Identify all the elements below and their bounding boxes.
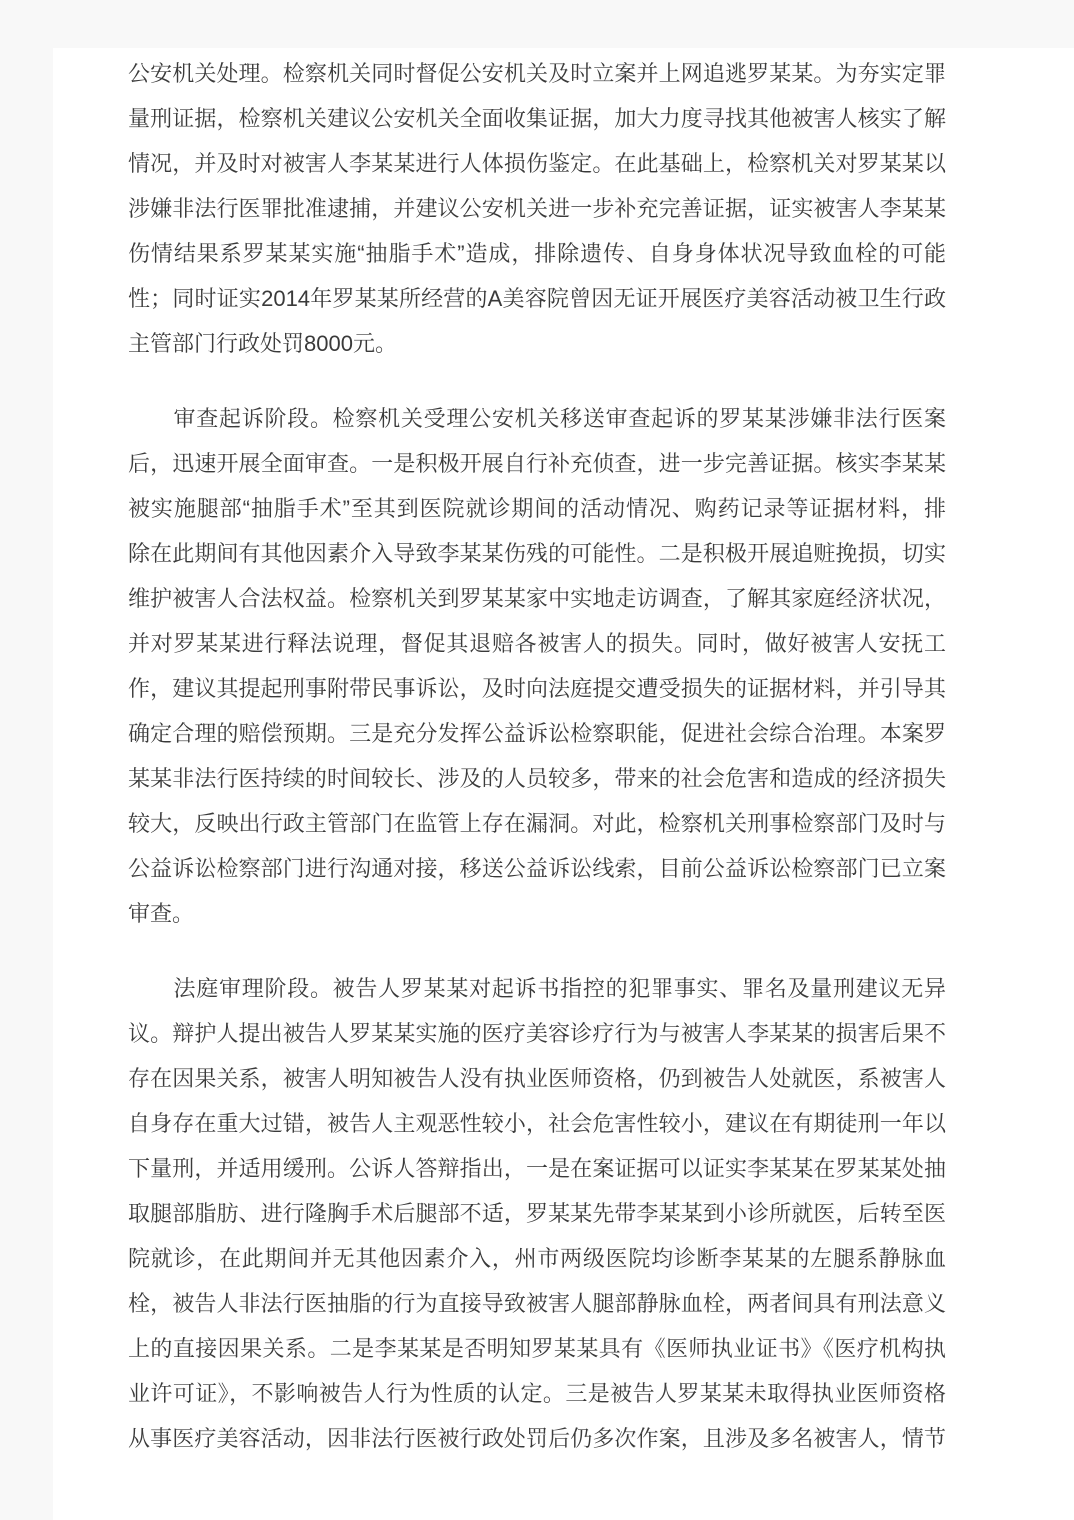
text-line: 除在此期间有其他因素介入导致李某某伤残的可能性。二是积极开展追赃挽损，切实	[128, 531, 946, 576]
text-line: 院就诊，在此期间并无其他因素介入，州市两级医院均诊断李某某的左腿系静脉血	[128, 1236, 946, 1281]
text-line: 作，建议其提起刑事附带民事诉讼，及时向法庭提交遭受损失的证据材料，并引导其	[128, 666, 946, 711]
text-line: 性；同时证实2014年罗某某所经营的A美容院曾因无证开展医疗美容活动被卫生行政	[128, 276, 946, 321]
text-line: 业许可证》，不影响被告人行为性质的认定。三是被告人罗某某未取得执业医师资格	[128, 1371, 946, 1416]
text-line: 主管部门行政处罚8000元。	[128, 321, 946, 366]
text-line: 并对罗某某进行释法说理，督促其退赔各被害人的损失。同时，做好被害人安抚工	[128, 621, 946, 666]
text-line: 某某非法行医持续的时间较长、涉及的人员较多，带来的社会危害和造成的经济损失	[128, 756, 946, 801]
text-line: 上的直接因果关系。二是李某某是否明知罗某某具有《医师执业证书》《医疗机构执	[128, 1326, 946, 1371]
text-line: 审查起诉阶段。检察机关受理公安机关移送审查起诉的罗某某涉嫌非法行医案	[128, 396, 946, 441]
text-line: 公益诉讼检察部门进行沟通对接，移送公益诉讼线索，目前公益诉讼检察部门已立案	[128, 846, 946, 891]
text-line: 确定合理的赔偿预期。三是充分发挥公益诉讼检察职能，促进社会综合治理。本案罗	[128, 711, 946, 756]
text-line: 从事医疗美容活动，因非法行医被行政处罚后仍多次作案，且涉及多名被害人，情节	[128, 1416, 946, 1461]
text-line: 涉嫌非法行医罪批准逮捕，并建议公安机关进一步补充完善证据，证实被害人李某某	[128, 186, 946, 231]
paragraph: 法庭审理阶段。被告人罗某某对起诉书指控的犯罪事实、罪名及量刑建议无异议。辩护人提…	[128, 966, 946, 1461]
text-line: 法庭审理阶段。被告人罗某某对起诉书指控的犯罪事实、罪名及量刑建议无异	[128, 966, 946, 1011]
text-line: 较大，反映出行政主管部门在监管上存在漏洞。对此，检察机关刑事检察部门及时与	[128, 801, 946, 846]
text-line: 后，迅速开展全面审查。一是积极开展自行补充侦查，进一步完善证据。核实李某某	[128, 441, 946, 486]
text-line: 审查。	[128, 891, 946, 936]
text-line: 被实施腿部“抽脂手术”至其到医院就诊期间的活动情况、购药记录等证据材料，排	[128, 486, 946, 531]
document-page: 公安机关处理。检察机关同时督促公安机关及时立案并上网追逃罗某某。为夯实定罪量刑证…	[53, 48, 1074, 1520]
text-line: 量刑证据，检察机关建议公安机关全面收集证据，加大力度寻找其他被害人核实了解	[128, 96, 946, 141]
text-line: 存在因果关系，被害人明知被告人没有执业医师资格，仍到被告人处就医，系被害人	[128, 1056, 946, 1101]
text-line: 栓，被告人非法行医抽脂的行为直接导致被害人腿部静脉血栓，两者间具有刑法意义	[128, 1281, 946, 1326]
text-line: 情况，并及时对被害人李某某进行人体损伤鉴定。在此基础上，检察机关对罗某某以	[128, 141, 946, 186]
paragraph: 审查起诉阶段。检察机关受理公安机关移送审查起诉的罗某某涉嫌非法行医案后，迅速开展…	[128, 396, 946, 936]
text-line: 自身存在重大过错，被告人主观恶性较小，社会危害性较小，建议在有期徒刑一年以	[128, 1101, 946, 1146]
text-line: 下量刑，并适用缓刑。公诉人答辩指出，一是在案证据可以证实李某某在罗某某处抽	[128, 1146, 946, 1191]
text-line: 伤情结果系罗某某实施“抽脂手术”造成，排除遗传、自身身体状况导致血栓的可能	[128, 231, 946, 276]
paragraph: 公安机关处理。检察机关同时督促公安机关及时立案并上网追逃罗某某。为夯实定罪量刑证…	[128, 51, 946, 366]
document-body: 公安机关处理。检察机关同时督促公安机关及时立案并上网追逃罗某某。为夯实定罪量刑证…	[128, 51, 946, 1461]
text-line: 维护被害人合法权益。检察机关到罗某某家中实地走访调查，了解其家庭经济状况，	[128, 576, 946, 621]
text-line: 取腿部脂肪、进行隆胸手术后腿部不适，罗某某先带李某某到小诊所就医，后转至医	[128, 1191, 946, 1236]
text-line: 议。辩护人提出被告人罗某某实施的医疗美容诊疗行为与被害人李某某的损害后果不	[128, 1011, 946, 1056]
text-line: 公安机关处理。检察机关同时督促公安机关及时立案并上网追逃罗某某。为夯实定罪	[128, 51, 946, 96]
page-background: 公安机关处理。检察机关同时督促公安机关及时立案并上网追逃罗某某。为夯实定罪量刑证…	[0, 0, 1074, 1520]
